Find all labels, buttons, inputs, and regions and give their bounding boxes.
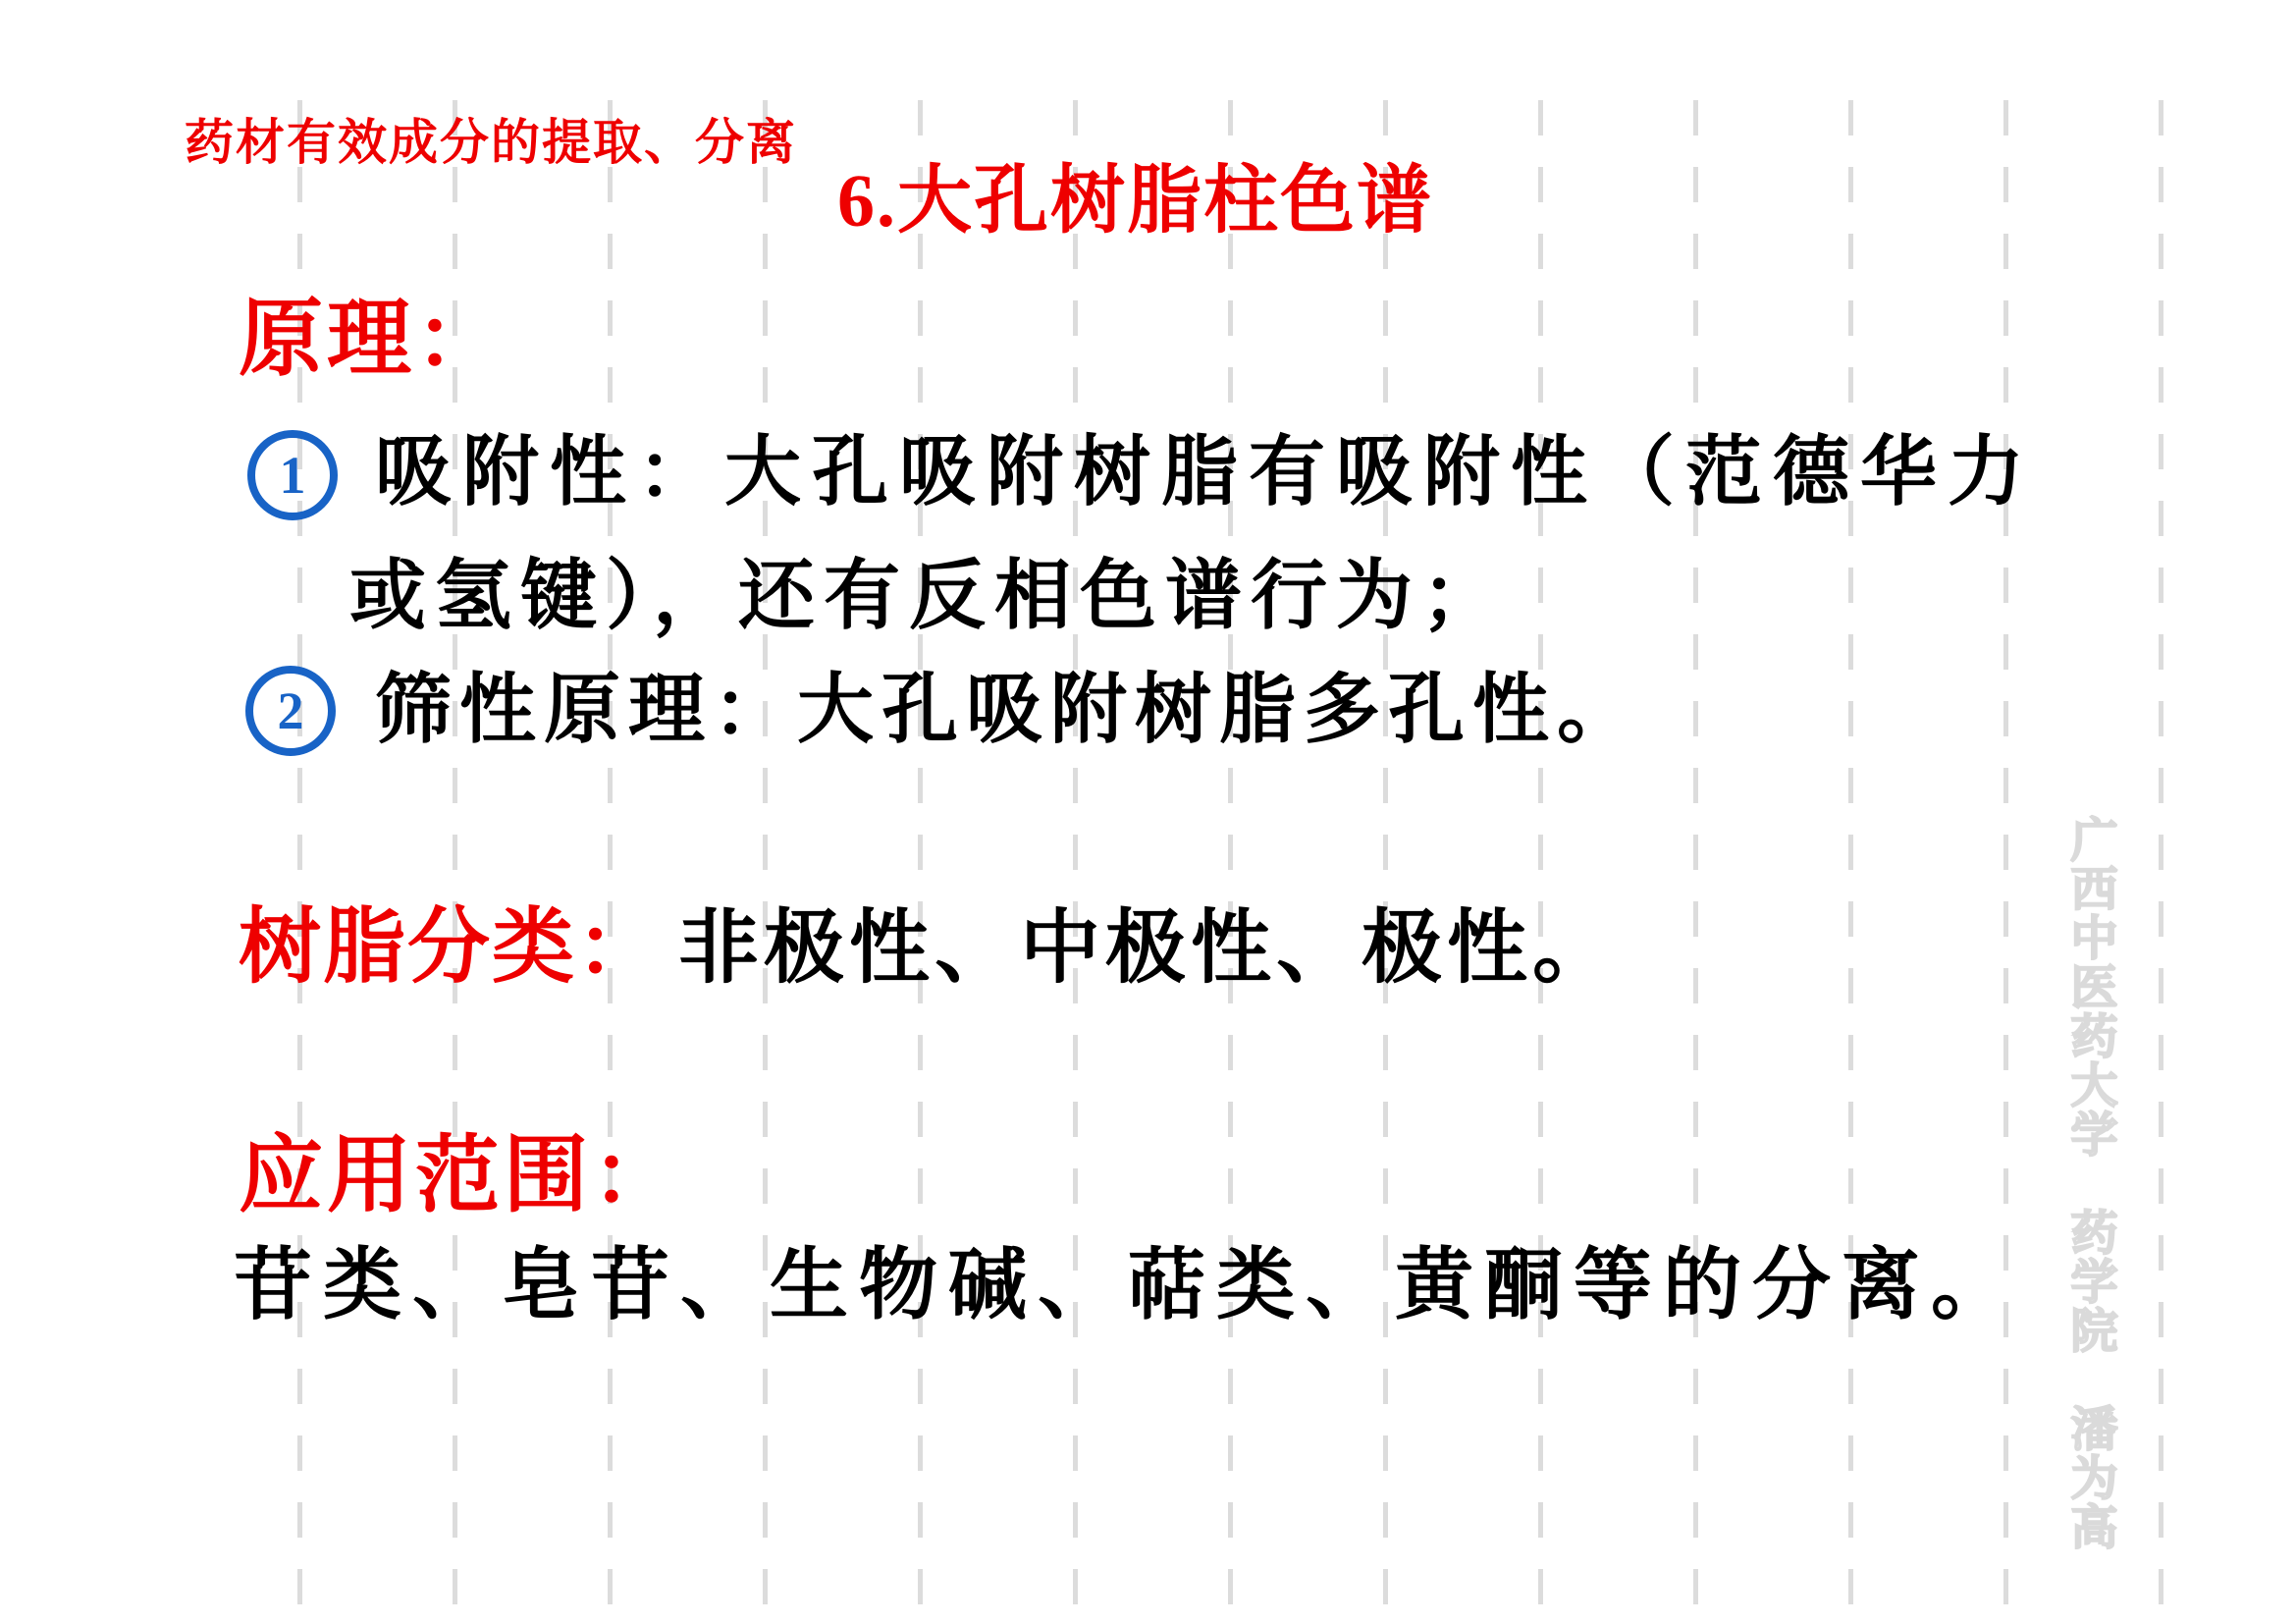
principle-item-2-line-1: 筛性原理：大孔吸附树脂多孔性。: [375, 668, 1641, 752]
resin-classification-line: 树脂分类：非极性、中极性、极性。: [239, 903, 1618, 994]
resin-classification-value: 非极性、中极性、极性。: [678, 903, 1618, 993]
circled-number-2-icon: 2: [245, 666, 336, 756]
application-section-label: 应用范围：: [239, 1129, 680, 1222]
circled-number-2-digit: 2: [278, 684, 304, 737]
principle-section-label: 原理：: [239, 293, 504, 386]
header-breadcrumb: 药材有效成分的提取、分离: [185, 116, 797, 170]
circled-number-1-icon: 1: [247, 430, 338, 520]
application-scope-text: 苷类、皂苷、生物碱、萜类、黄酮等的分离。: [234, 1243, 2020, 1329]
resin-classification-label: 树脂分类：: [239, 902, 661, 994]
page-title: 6.大孔树脂柱色谱: [837, 161, 1433, 244]
circled-number-1-digit: 1: [280, 449, 306, 502]
principle-item-1-line-1: 吸附性：大孔吸附树脂有吸附性（范德华力: [375, 430, 2035, 514]
principle-item-1-line-2: 或氢键），还有反相色谱行为；: [349, 554, 1507, 638]
slide-canvas: 药材有效成分的提取、分离 6.大孔树脂柱色谱 原理： 1 吸附性：大孔吸附树脂有…: [0, 0, 2296, 1624]
university-watermark: 广西中医药大学 药学院 潘为高: [2056, 815, 2123, 1551]
